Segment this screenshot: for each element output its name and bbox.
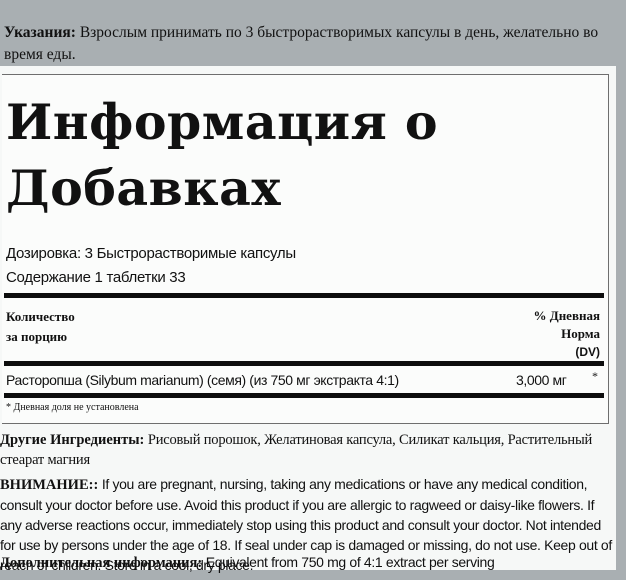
directions: Указания: Взрослым принимать по 3 быстро…	[4, 22, 604, 66]
thick-divider	[4, 293, 604, 298]
supplement-facts-panel: Информация о Добавках Дозировка: 3 Быстр…	[2, 74, 609, 424]
amount-header-line1: Количество	[6, 307, 75, 327]
amount-per-serving-header: Количество за порцию	[6, 307, 75, 347]
dv-header-line3: (DV)	[534, 343, 601, 361]
warning-label: ВНИМАНИЕ::	[0, 477, 98, 493]
dv-footnote: * Дневная доля не установлена	[6, 402, 139, 413]
servings-per-container: Содержание 1 таблетки 33	[6, 269, 185, 287]
ingredient-dv: *	[592, 369, 598, 384]
dv-header-line1: % Дневная	[534, 307, 601, 325]
other-ingredients-label: Другие Ингредиенты:	[0, 432, 144, 448]
supplement-facts-title: Информация о Добавках	[6, 89, 566, 221]
amount-header-line2: за порцию	[6, 327, 75, 347]
directions-label: Указания:	[4, 24, 76, 41]
ingredient-amount: 3,000 мг	[516, 371, 566, 389]
daily-value-header: % Дневная Норма (DV)	[534, 307, 601, 361]
thick-divider	[4, 393, 604, 398]
additional-info-label: Дополнительная информация:	[0, 555, 202, 571]
ingredient-name: Расторопша (Silybum marianum) (семя) (из…	[6, 371, 399, 389]
product-info-sheet: Информация о Добавках Дозировка: 3 Быстр…	[0, 66, 616, 570]
directions-text: Взрослым принимать по 3 быстрорастворимы…	[4, 24, 598, 63]
additional-info: Дополнительная информация: Equivalent fr…	[0, 552, 612, 573]
other-ingredients: Другие Ингредиенты: Рисовый порошок, Жел…	[0, 430, 612, 470]
dv-header-line2: Норма	[534, 325, 601, 343]
thick-divider	[4, 361, 604, 366]
additional-info-text: Equivalent from 750 mg of 4:1 extract pe…	[206, 554, 495, 570]
serving-size: Дозировка: 3 Быстрорастворимые капсулы	[6, 245, 296, 263]
